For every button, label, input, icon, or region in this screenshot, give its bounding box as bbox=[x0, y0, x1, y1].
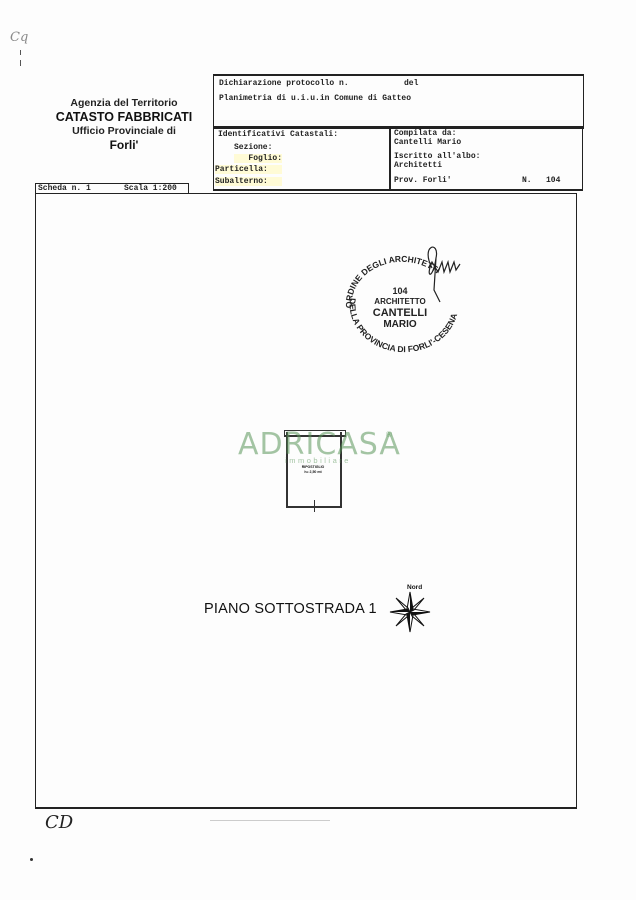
stamp-name: MARIO bbox=[340, 319, 460, 331]
n-value: 104 bbox=[546, 176, 560, 185]
door-mark bbox=[314, 500, 315, 512]
del-label: del bbox=[404, 79, 418, 88]
dichiarazione-label: Dichiarazione protocollo n. bbox=[219, 79, 349, 88]
floor-title: PIANO SOTTOSTRADA 1 bbox=[204, 601, 377, 617]
declaration-box: Dichiarazione protocollo n. del Planimet… bbox=[213, 74, 584, 129]
stamp-number: 104 bbox=[340, 286, 460, 297]
architect-stamp: ORDINE DEGLI ARCHITETTI DELLA PROVINCIA … bbox=[340, 240, 490, 360]
margin-tick bbox=[20, 60, 21, 66]
prov-label: Prov. Forli' bbox=[394, 176, 452, 185]
agency-name: Agenzia del Territorio bbox=[38, 96, 210, 110]
subalterno-label: Subalterno: bbox=[215, 177, 282, 186]
scan-dot bbox=[30, 858, 33, 861]
compass-rose-icon bbox=[388, 590, 432, 634]
office-city: Forli' bbox=[38, 138, 210, 152]
n-label: N. bbox=[522, 176, 532, 185]
albo-value: Architetti bbox=[394, 161, 442, 170]
adricasa-watermark: ADRICASA immobiliare ® bbox=[238, 428, 398, 468]
agency-header: Agenzia del Territorio CATASTO FABBRICAT… bbox=[38, 96, 210, 152]
watermark-sub: immobiliare bbox=[283, 456, 353, 465]
identificativi-title: Identificativi Catastali: bbox=[218, 130, 338, 139]
registered-icon: ® bbox=[386, 430, 392, 439]
stamp-title: ARCHITETTO bbox=[340, 297, 460, 307]
catasto-title: CATASTO FABBRICATI bbox=[38, 110, 210, 124]
stamp-surname: CANTELLI bbox=[340, 307, 460, 319]
room-height: h= 2,50 mt bbox=[290, 470, 336, 475]
compilata-label: Compilata da: bbox=[394, 129, 456, 138]
margin-tick bbox=[20, 50, 21, 55]
margin-pencil-mark: Cq bbox=[10, 30, 28, 45]
foglio-label: Foglio: bbox=[234, 154, 282, 163]
scheda-label: Scheda n. 1 bbox=[38, 184, 91, 193]
identificativi-box: Identificativi Catastali: Sezione: Fogli… bbox=[213, 126, 391, 191]
office-label: Ufficio Provinciale di bbox=[38, 124, 210, 138]
planimetria-label: Planimetria di u.i.u.in Comune di Gatteo bbox=[219, 94, 411, 103]
scala-label: Scala 1:200 bbox=[124, 184, 177, 193]
sezione-label: Sezione: bbox=[234, 143, 272, 152]
compilata-name: Cantelli Mario bbox=[394, 138, 461, 147]
particella-label: Particella: bbox=[215, 165, 282, 174]
stamp-center: 104 ARCHITETTO CANTELLI MARIO bbox=[340, 286, 460, 331]
initials: CD bbox=[45, 812, 73, 833]
iscritto-label: Iscritto all'albo: bbox=[394, 152, 480, 161]
faint-scan-line bbox=[210, 820, 330, 821]
compilata-box: Compilata da: Cantelli Mario Iscritto al… bbox=[389, 126, 583, 191]
